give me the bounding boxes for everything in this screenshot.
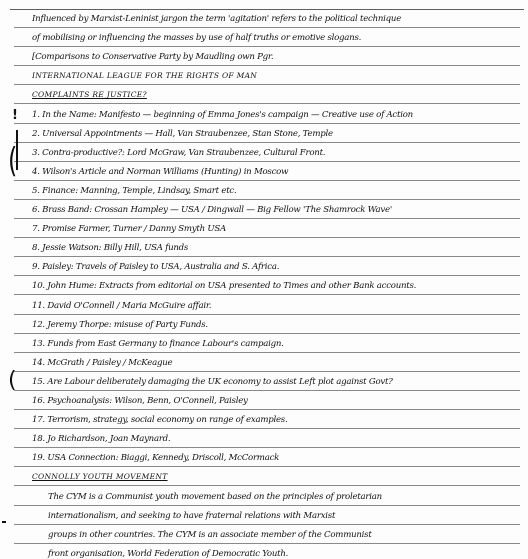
handwritten-text: 16. Psychoanalysis: Wilson, Benn, O'Conn… <box>32 396 248 406</box>
list-item: 6. Brass Band: Crossan Hampley — USA / D… <box>14 201 520 219</box>
list-item: 17. Terrorism, strategy, social economy … <box>14 411 520 429</box>
margin-bracket-icon: ( <box>8 144 17 178</box>
handwritten-text: 1. In the Name: Manifesto — beginning of… <box>32 110 413 120</box>
handwritten-text: 3. Contra-productive?: Lord McGraw, Van … <box>32 148 325 158</box>
note-heading: International League for the Rights of M… <box>14 67 520 85</box>
handwritten-text: 8. Jessie Watson: Billy Hill, USA funds <box>32 243 188 253</box>
ruled-line <box>14 524 520 525</box>
note-heading: Complaints re Justice? <box>14 86 520 104</box>
handwritten-text: internationalism, and seeking to have fr… <box>48 511 335 521</box>
ruled-line <box>14 428 520 429</box>
handwritten-text: [Comparisons to Conservative Party by Ma… <box>32 52 273 62</box>
handwritten-text: 2. Universal Appointments — Hall, Van St… <box>32 129 333 139</box>
list-item: 3. Contra-productive?: Lord McGraw, Van … <box>14 144 520 162</box>
list-item: 7. Promise Farmer, Turner / Danny Smyth … <box>14 220 520 238</box>
list-item: 10. John Hume: Extracts from editorial o… <box>14 277 520 295</box>
handwritten-text: 19. USA Connection: Biaggi, Kennedy, Dri… <box>32 453 279 463</box>
list-item: 12. Jeremy Thorpe: misuse of Party Funds… <box>14 316 520 334</box>
handwritten-text: 5. Finance: Manning, Temple, Lindsay, Sm… <box>32 186 236 196</box>
handwritten-text: Connolly Youth Movement <box>32 472 168 481</box>
list-item: 15. Are Labour deliberately damaging the… <box>14 373 520 391</box>
paragraph-line: internationalism, and seeking to have fr… <box>14 507 520 525</box>
list-item: 11. David O'Connell / Maria McGuire affa… <box>14 297 520 315</box>
ruled-line <box>14 199 520 200</box>
note-line: Influenced by Marxist-Leninist jargon th… <box>14 10 520 28</box>
handwritten-text: 12. Jeremy Thorpe: misuse of Party Funds… <box>32 320 208 330</box>
ruled-line <box>14 218 520 219</box>
list-item: 16. Psychoanalysis: Wilson, Benn, O'Conn… <box>14 392 520 410</box>
handwritten-text: 10. John Hume: Extracts from editorial o… <box>32 281 416 291</box>
list-item: 14. McGrath / Paisley / McKeague <box>14 354 520 372</box>
margin-bracket-icon: ( <box>8 370 17 392</box>
handwritten-text: groups in other countries. The CYM is an… <box>48 530 372 540</box>
handwritten-text: 13. Funds from East Germany to finance L… <box>32 339 284 349</box>
handwritten-text: The CYM is a Communist youth movement ba… <box>48 492 382 502</box>
ruled-line <box>14 275 520 276</box>
ruled-line <box>14 161 520 162</box>
ruled-line <box>14 505 520 506</box>
ruled-line <box>14 237 520 238</box>
ruled-line <box>14 142 520 143</box>
ruled-line <box>14 180 520 181</box>
list-item: 13. Funds from East Germany to finance L… <box>14 335 520 353</box>
ruled-line <box>14 46 520 47</box>
handwritten-text: 14. McGrath / Paisley / McKeague <box>32 358 172 368</box>
handwritten-text: Complaints re Justice? <box>32 90 147 99</box>
handwritten-text: 9. Paisley: Travels of Paisley to USA, A… <box>32 262 279 272</box>
margin-dash-mark <box>2 521 6 523</box>
ruled-line <box>14 409 520 410</box>
ruled-line <box>14 27 520 28</box>
ruled-line <box>14 447 520 448</box>
ruled-line <box>14 543 520 544</box>
list-item: 19. USA Connection: Biaggi, Kennedy, Dri… <box>14 449 520 467</box>
handwritten-text: Influenced by Marxist-Leninist jargon th… <box>32 14 401 24</box>
handwritten-text: 17. Terrorism, strategy, social economy … <box>32 415 287 425</box>
exclamation-margin-mark: ! <box>12 108 18 123</box>
list-item: 2. Universal Appointments — Hall, Van St… <box>14 125 520 143</box>
handwritten-text: 11. David O'Connell / Maria McGuire affa… <box>32 301 211 311</box>
list-item: 1. In the Name: Manifesto — beginning of… <box>14 106 520 124</box>
note-line: [Comparisons to Conservative Party by Ma… <box>14 48 520 66</box>
paragraph-line: The CYM is a Communist youth movement ba… <box>14 488 520 506</box>
ruled-line <box>14 466 520 467</box>
ruled-line <box>14 390 520 391</box>
ruled-line <box>14 256 520 257</box>
list-item: 9. Paisley: Travels of Paisley to USA, A… <box>14 258 520 276</box>
handwritten-text: of mobilising or influencing the masses … <box>32 33 361 43</box>
ruled-line <box>14 84 520 85</box>
list-item: 5. Finance: Manning, Temple, Lindsay, Sm… <box>14 182 520 200</box>
note-line: of mobilising or influencing the masses … <box>14 29 520 47</box>
paragraph-line: front organisation, World Federation of … <box>14 545 520 559</box>
note-heading: Connolly Youth Movement <box>14 468 520 486</box>
ruled-line <box>14 371 520 372</box>
handwritten-text: 18. Jo Richardson, Joan Maynard. <box>32 434 170 444</box>
handwritten-text: front organisation, World Federation of … <box>48 549 288 559</box>
handwritten-text: International League for the Rights of M… <box>32 71 257 80</box>
handwritten-text: 4. Wilson's Article and Norman Williams … <box>32 167 288 177</box>
handwritten-text: 6. Brass Band: Crossan Hampley — USA / D… <box>32 205 392 215</box>
ruled-line <box>14 485 520 486</box>
ruled-line <box>14 65 520 66</box>
paragraph-line: groups in other countries. The CYM is an… <box>14 526 520 544</box>
ruled-line <box>14 314 520 315</box>
list-item: 8. Jessie Watson: Billy Hill, USA funds <box>14 239 520 257</box>
ruled-line <box>14 352 520 353</box>
ruled-line <box>14 123 520 124</box>
handwritten-text: 7. Promise Farmer, Turner / Danny Smyth … <box>32 224 226 234</box>
scanned-page: Influenced by Marxist-Leninist jargon th… <box>0 0 528 559</box>
list-item: 4. Wilson's Article and Norman Williams … <box>14 163 520 181</box>
ruled-line <box>14 333 520 334</box>
list-item: 18. Jo Richardson, Joan Maynard. <box>14 430 520 448</box>
ruled-line <box>14 103 520 104</box>
handwritten-text: 15. Are Labour deliberately damaging the… <box>32 377 393 387</box>
ruled-line <box>14 294 520 295</box>
